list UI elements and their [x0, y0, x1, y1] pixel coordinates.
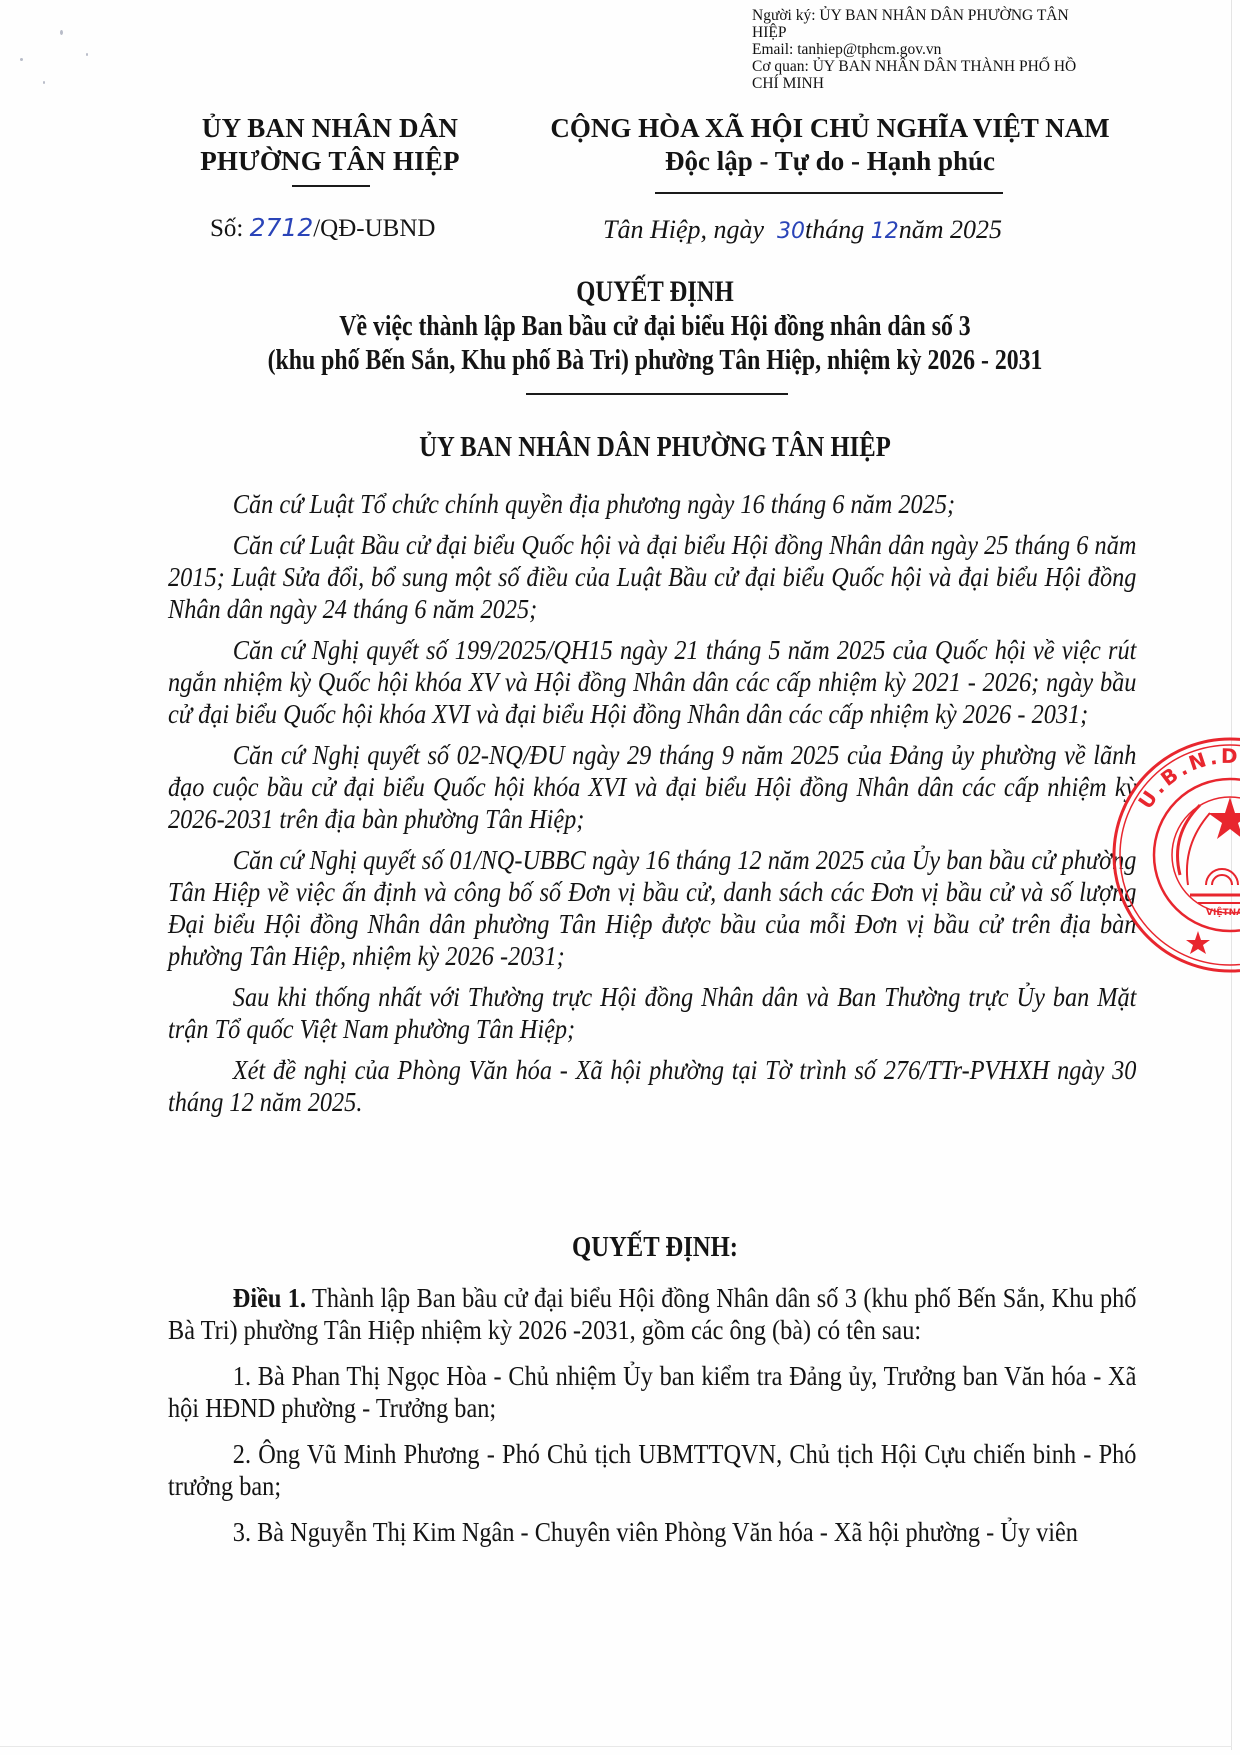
- national-header: CỘNG HÒA XÃ HỘI CHỦ NGHĨA VIỆT NAM Độc l…: [540, 112, 1120, 178]
- member-item: 2. Ông Vũ Minh Phương - Phó Chủ tịch UBM…: [168, 1438, 1136, 1502]
- decision-heading: QUYẾT ĐỊNH:: [234, 1230, 1076, 1264]
- handwritten-day: 30: [777, 219, 805, 244]
- title-underline: [526, 393, 788, 395]
- signer-line-cont: HIỆP: [752, 24, 1162, 41]
- digital-signature-block: Người ký: ỦY BAN NHÂN DÂN PHƯỜNG TÂN HIỆ…: [752, 7, 1162, 92]
- signer-line: Người ký: ỦY BAN NHÂN DÂN PHƯỜNG TÂN: [752, 7, 1162, 24]
- preamble-item: Căn cứ Nghị quyết số 01/NQ-UBBC ngày 16 …: [168, 844, 1136, 972]
- agency-line: Cơ quan: ỦY BAN NHÂN DÂN THÀNH PHỐ HỒ: [752, 58, 1162, 75]
- issuer-line-2: PHƯỜNG TÂN HIỆP: [175, 145, 485, 178]
- scan-speck: [43, 81, 45, 84]
- article-1-text: Điều 1. Thành lập Ban bầu cử đại biểu Hộ…: [168, 1282, 1136, 1346]
- preamble-item: Căn cứ Luật Tổ chức chính quyền địa phươ…: [168, 488, 1136, 520]
- document-title: QUYẾT ĐỊNH Về việc thành lập Ban bầu cử …: [249, 275, 1061, 377]
- handwritten-number: 2712: [250, 213, 314, 242]
- article-1: Điều 1. Thành lập Ban bầu cử đại biểu Hộ…: [168, 1282, 1136, 1548]
- preamble-item: Xét đề nghị của Phòng Văn hóa - Xã hội p…: [168, 1054, 1136, 1118]
- issuer-header: ỦY BAN NHÂN DÂN PHƯỜNG TÂN HIỆP: [175, 112, 485, 178]
- member-item: 1. Bà Phan Thị Ngọc Hòa - Chủ nhiệm Ủy b…: [168, 1360, 1136, 1424]
- nation-motto: Độc lập - Tự do - Hạnh phúc: [540, 145, 1120, 178]
- official-stamp-icon: U.B.N.D PHƯỜNG TÂN VIỆTNAM: [1110, 735, 1240, 975]
- member-item: 3. Bà Nguyễn Thị Kim Ngân - Chuyên viên …: [168, 1516, 1136, 1548]
- subject-line-1: Về việc thành lập Ban bầu cử đại biểu Hộ…: [249, 309, 1061, 343]
- issuer-line-1: ỦY BAN NHÂN DÂN: [175, 112, 485, 145]
- preamble-item: Căn cứ Nghị quyết số 199/2025/QH15 ngày …: [168, 634, 1136, 730]
- subject-line-2: (khu phố Bến Sắn, Khu phố Bà Tri) phường…: [249, 343, 1061, 377]
- issuing-authority: ỦY BAN NHÂN DÂN PHƯỜNG TÂN HIỆP: [234, 430, 1076, 464]
- nation-title: CỘNG HÒA XÃ HỘI CHỦ NGHĨA VIỆT NAM: [540, 112, 1120, 145]
- agency-line-cont: CHÍ MINH: [752, 75, 1162, 92]
- preamble-item: Căn cứ Luật Bầu cử đại biểu Quốc hội và …: [168, 529, 1136, 625]
- scan-speck: [60, 30, 63, 35]
- handwritten-month: 12: [871, 219, 899, 244]
- motto-underline: [655, 192, 1003, 194]
- email-link[interactable]: tanhiep@tphcm.gov.vn: [797, 41, 941, 58]
- document-type: QUYẾT ĐỊNH: [249, 275, 1061, 309]
- document-page: Người ký: ỦY BAN NHÂN DÂN PHƯỜNG TÂN HIỆ…: [0, 0, 1240, 1755]
- issuer-underline: [292, 185, 370, 187]
- scan-speck: [86, 53, 88, 56]
- article-label: Điều 1.: [233, 1283, 306, 1313]
- email-line: Email: tanhiep@tphcm.gov.vn: [752, 41, 1162, 58]
- preamble-item: Căn cứ Nghị quyết số 02-NQ/ĐU ngày 29 th…: [168, 739, 1136, 835]
- svg-text:VIỆTNAM: VIỆTNAM: [1206, 907, 1240, 918]
- preamble: Căn cứ Luật Tổ chức chính quyền địa phươ…: [168, 488, 1136, 1118]
- scan-edge-bottom: [0, 1746, 1232, 1747]
- document-date: Tân Hiệp, ngày 30tháng 12năm 2025: [603, 215, 1002, 247]
- document-number: Số: 2712/QĐ-UBND: [210, 213, 435, 244]
- scan-speck: [20, 58, 23, 61]
- preamble-item: Sau khi thống nhất với Thường trực Hội đ…: [168, 981, 1136, 1045]
